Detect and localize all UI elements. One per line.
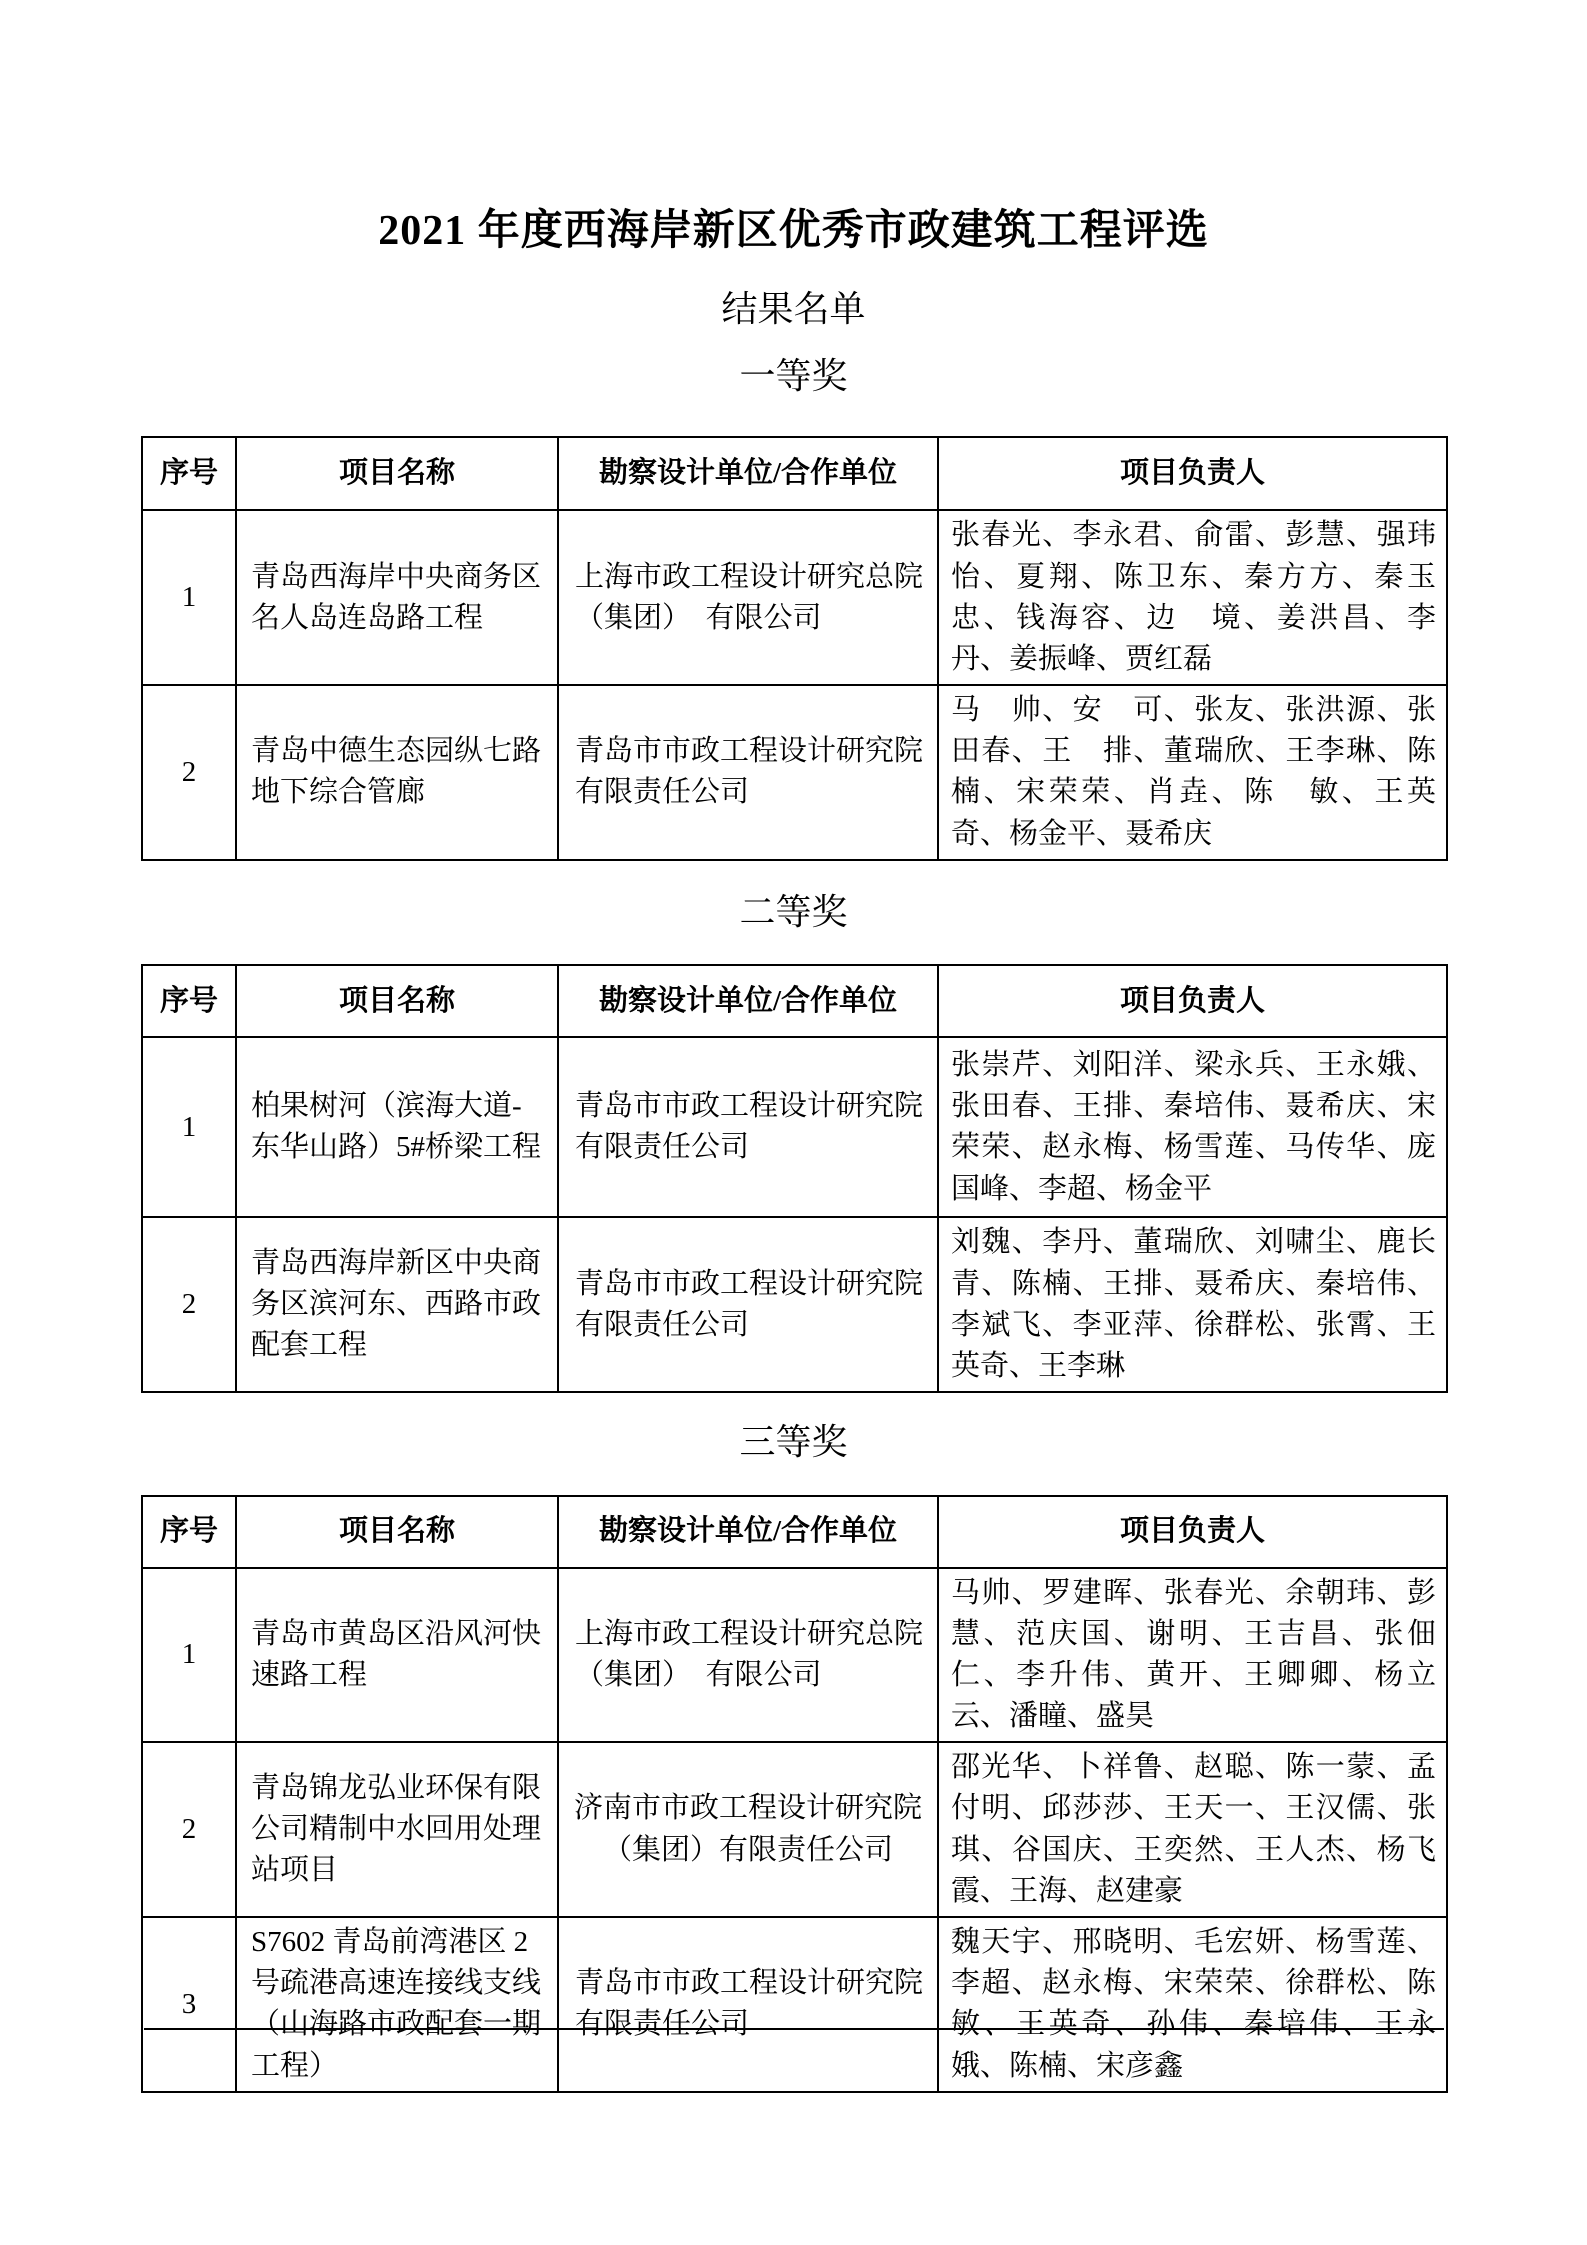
section-heading-first-prize: 一等奖 — [141, 357, 1446, 397]
col-header-project: 项目名称 — [236, 1496, 558, 1568]
table-header-row: 序号 项目名称 勘察设计单位/合作单位 项目负责人 — [142, 965, 1447, 1037]
cell-project: 青岛锦龙弘业环保有限公司精制中水回用处理站项目 — [236, 1742, 558, 1917]
col-header-unit: 勘察设计单位/合作单位 — [558, 1496, 938, 1568]
cell-project: 青岛市黄岛区沿风河快速路工程 — [236, 1568, 558, 1743]
cell-unit: 青岛市市政工程设计研究院有限责任公司 — [558, 1217, 938, 1392]
table-row: 2 青岛西海岸新区中央商务区滨河东、西路市政配套工程 青岛市市政工程设计研究院有… — [142, 1217, 1447, 1392]
cell-unit: 青岛市市政工程设计研究院有限责任公司 — [558, 1037, 938, 1217]
cell-leaders: 马帅、罗建晖、张春光、余朝玮、彭慧、范庆国、谢明、王吉昌、张佃仁、李升伟、黄开、… — [938, 1568, 1447, 1743]
col-header-leader: 项目负责人 — [938, 1496, 1447, 1568]
table-row: 2 青岛锦龙弘业环保有限公司精制中水回用处理站项目 济南市市政工程设计研究院（集… — [142, 1742, 1447, 1917]
cell-project: 青岛西海岸新区中央商务区滨河东、西路市政配套工程 — [236, 1217, 558, 1392]
cell-project: 青岛西海岸中央商务区名人岛连岛路工程 — [236, 510, 558, 685]
cell-leaders: 张崇芹、刘阳洋、梁永兵、王永娥、张田春、王排、秦培伟、聂希庆、宋荣荣、赵永梅、杨… — [938, 1037, 1447, 1217]
cell-unit: 上海市政工程设计研究总院（集团） 有限公司 — [558, 1568, 938, 1743]
cell-serial: 2 — [142, 1217, 236, 1392]
third-prize-table: 序号 项目名称 勘察设计单位/合作单位 项目负责人 1 青岛市黄岛区沿风河快速路… — [141, 1495, 1448, 2093]
col-header-leader: 项目负责人 — [938, 965, 1447, 1037]
cell-serial: 1 — [142, 1568, 236, 1743]
table-row: 3 S7602 青岛前湾港区 2 号疏港高速连接线支线（山海路市政配套一期工程）… — [142, 1917, 1447, 2092]
table-row: 1 青岛西海岸中央商务区名人岛连岛路工程 上海市政工程设计研究总院（集团） 有限… — [142, 510, 1447, 685]
cell-leaders: 邵光华、卜祥鲁、赵聪、陈一蒙、孟付明、邱莎莎、王天一、王汉儒、张琪、谷国庆、王奕… — [938, 1742, 1447, 1917]
table-row: 1 柏果树河（滨海大道-东华山路）5#桥梁工程 青岛市市政工程设计研究院有限责任… — [142, 1037, 1447, 1217]
cell-project: S7602 青岛前湾港区 2 号疏港高速连接线支线（山海路市政配套一期工程） — [236, 1917, 558, 2092]
col-header-project: 项目名称 — [236, 437, 558, 510]
cell-leaders: 张春光、李永君、俞雷、彭慧、强玮怡、夏翔、陈卫东、秦方方、秦玉忠、钱海容、边 境… — [938, 510, 1447, 685]
col-header-project: 项目名称 — [236, 965, 558, 1037]
footer-rule — [144, 2028, 1444, 2030]
page-subtitle: 结果名单 — [141, 290, 1446, 330]
cell-project: 柏果树河（滨海大道-东华山路）5#桥梁工程 — [236, 1037, 558, 1217]
table-row: 2 青岛中德生态园纵七路地下综合管廊 青岛市市政工程设计研究院有限责任公司 马 … — [142, 685, 1447, 860]
cell-serial: 2 — [142, 1742, 236, 1917]
cell-serial: 1 — [142, 1037, 236, 1217]
section-heading-second-prize: 二等奖 — [141, 893, 1446, 933]
page-title: 2021 年度西海岸新区优秀市政建筑工程评选 — [141, 208, 1446, 254]
cell-leaders: 刘魏、李丹、董瑞欣、刘啸尘、鹿长青、陈楠、王排、聂希庆、秦培伟、李斌飞、李亚萍、… — [938, 1217, 1447, 1392]
col-header-serial: 序号 — [142, 965, 236, 1037]
cell-leaders: 马 帅、安 可、张友、张洪源、张田春、王 排、董瑞欣、王李琳、陈 楠、宋荣荣、肖… — [938, 685, 1447, 860]
cell-unit: 青岛市市政工程设计研究院有限责任公司 — [558, 685, 938, 860]
col-header-unit: 勘察设计单位/合作单位 — [558, 965, 938, 1037]
col-header-serial: 序号 — [142, 1496, 236, 1568]
table-header-row: 序号 项目名称 勘察设计单位/合作单位 项目负责人 — [142, 437, 1447, 510]
cell-serial: 1 — [142, 510, 236, 685]
cell-serial: 3 — [142, 1917, 236, 2092]
cell-leaders: 魏天宇、邢晓明、毛宏妍、杨雪莲、李超、赵永梅、宋荣荣、徐群松、陈敏、王英奇、孙伟… — [938, 1917, 1447, 2092]
first-prize-table: 序号 项目名称 勘察设计单位/合作单位 项目负责人 1 青岛西海岸中央商务区名人… — [141, 436, 1448, 860]
cell-unit: 青岛市市政工程设计研究院有限责任公司 — [558, 1917, 938, 2092]
document-page: 2021 年度西海岸新区优秀市政建筑工程评选 结果名单 一等奖 序号 项目名称 … — [141, 0, 1446, 2093]
table-header-row: 序号 项目名称 勘察设计单位/合作单位 项目负责人 — [142, 1496, 1447, 1568]
cell-serial: 2 — [142, 685, 236, 860]
cell-unit: 济南市市政工程设计研究院（集团）有限责任公司 — [558, 1742, 938, 1917]
second-prize-table: 序号 项目名称 勘察设计单位/合作单位 项目负责人 1 柏果树河（滨海大道-东华… — [141, 964, 1448, 1393]
col-header-unit: 勘察设计单位/合作单位 — [558, 437, 938, 510]
section-heading-third-prize: 三等奖 — [141, 1423, 1446, 1463]
table-row: 1 青岛市黄岛区沿风河快速路工程 上海市政工程设计研究总院（集团） 有限公司 马… — [142, 1568, 1447, 1743]
cell-project: 青岛中德生态园纵七路地下综合管廊 — [236, 685, 558, 860]
col-header-leader: 项目负责人 — [938, 437, 1447, 510]
cell-unit: 上海市政工程设计研究总院（集团） 有限公司 — [558, 510, 938, 685]
col-header-serial: 序号 — [142, 437, 236, 510]
